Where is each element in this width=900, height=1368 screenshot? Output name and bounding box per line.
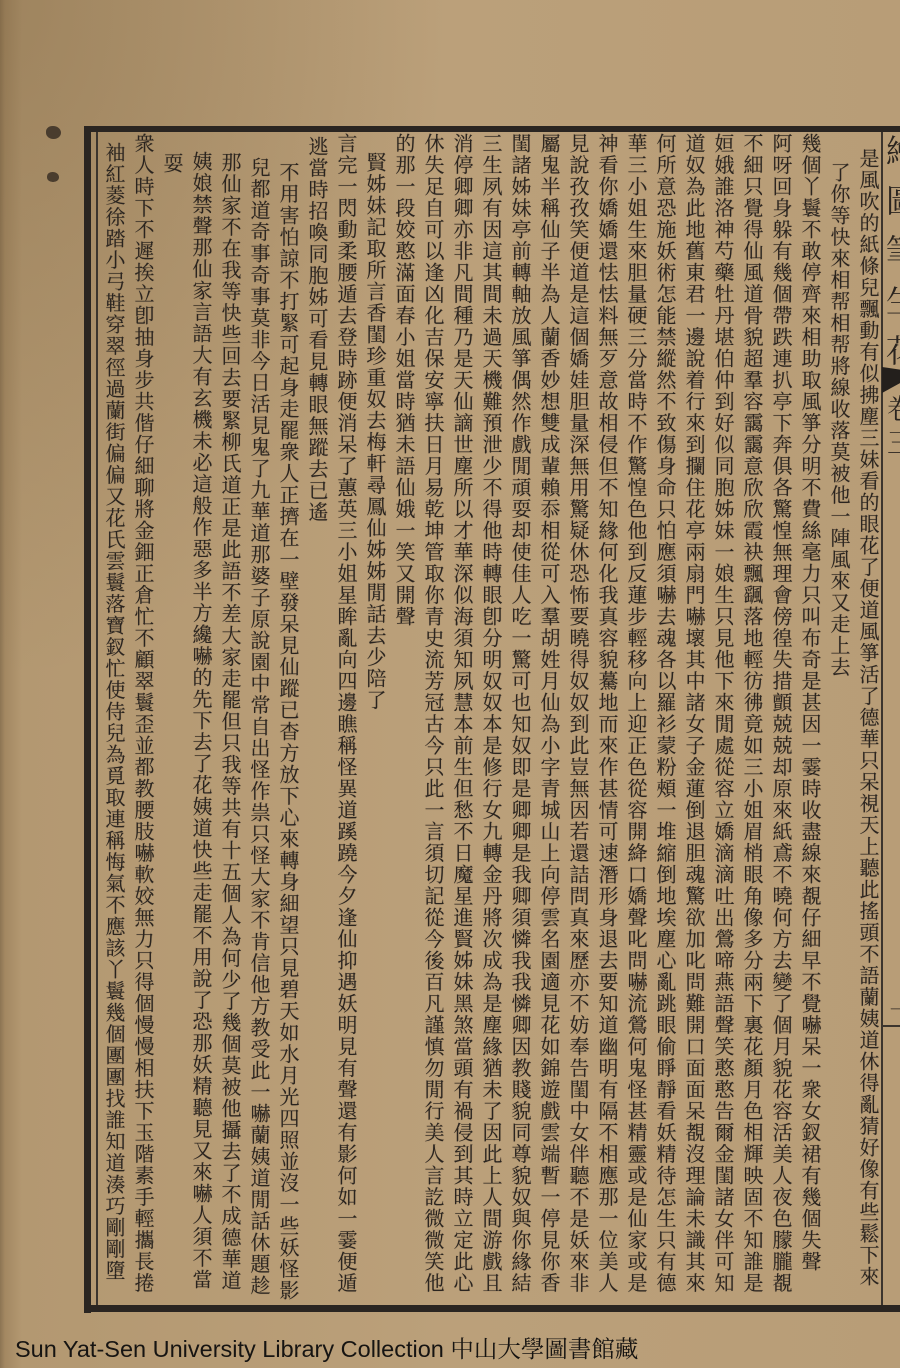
banxin-margin: 繪圖筆生花 卷三 十 [882, 126, 900, 1306]
book-title: 繪圖筆生花 [884, 134, 900, 384]
text-column: 兒都道奇事奇事莫非今日活見鬼了九華道那婆子原說園中常自出怪作祟只怪大家不肯信他方… [244, 157, 273, 1329]
frame-inner-left-line [96, 132, 98, 1305]
page-number: 十 [887, 998, 900, 1024]
text-column: 休失足自可以逢凶化吉保安寧扶日月易乾坤管取你青史流芳冠古今只此一言須切記從今後百… [418, 133, 447, 1305]
text-column: 賢姊妹記取所言香閨珍重奴去梅軒尋鳳仙姊姊閒話去少陪了 [360, 152, 389, 1324]
text-column: 不細只覺得仙風道骨貌超羣容靄靄意欣欣霞袂飄颻落地輕彷彿竟如三小姐眉梢眼角像多分兩… [737, 133, 766, 1305]
text-column: 阿呀回身躲有幾個帶跌連扒亭下奔俱各驚惶無理會傍徨失措顫兢兢却原來紙鳶不曉何方去變… [766, 133, 795, 1305]
library-collection-caption: Sun Yat-Sen University Library Collectio… [15, 1336, 638, 1363]
frame-left-border [84, 126, 91, 1313]
text-column: 言完一閃動柔腰遁去登時跡便消呆了蕙英三小姐星眸亂向四邊瞧稱怪異道蹊蹺今夕逢仙抑遇… [331, 133, 360, 1305]
text-column: 幾個丫鬟不敢停齊來相助取風箏分明不費絲毫力只叫布奇是甚因一霎時收盡線來覩仔細早不… [795, 133, 824, 1305]
text-column: 消停卿卿亦非凡間種乃是天仙謫世塵所以才華深似海須知夙慧本前生但愁不日魔星進賢姊妹… [447, 133, 476, 1305]
text-column: 袖紅菱徐踏小弓鞋穿翠徑過蘭街偏偏又花氏雲鬟落寶釵忙使侍兒為覓取連稱悔氣不應該丫鬟… [99, 142, 128, 1314]
text-column: 何所意恐施妖術怎能禁縱然不致傷身命只怕應須嚇去魂各以羅衫蒙粉頰一堆縮倒地埃塵心亂… [650, 133, 679, 1305]
text-column: 逃當時招喚同胞姊可看見轉眼無蹤去已遙 [302, 136, 331, 1308]
text-column: 屬鬼半稱仙子半為人蘭香妙想雙成輩賴忝相從可入羣胡姓月仙為小字青城山上向停雲名園適… [534, 133, 563, 1305]
volume-label: 卷三 [885, 394, 900, 462]
binding-hole [46, 126, 61, 139]
text-column: 華三小姐生來胆量硬三分當時不作驚惶色他到反蓮步輕移向上迎正色從容開絳口嬌聲叱問嚇… [621, 133, 650, 1305]
binding-hole [47, 172, 59, 182]
text-column: 是風吹的紙條兒飄動有似拂塵三妹看的眼花了便道風箏活了德華只呆視天上聽此搖頭不語蘭… [853, 148, 882, 1320]
text-column: 三生夙有因這其間未過天機難預泄少不得他時轉眼卽分明奴奴本是修行女九轉金丹將次成為… [476, 133, 505, 1305]
text-column: 道奴為此地舊東君一邊說着行來到攔住花亭兩扇門嚇壞其中諸女子金蓮倒退胆魂驚欲加叱問… [679, 133, 708, 1305]
text-column: 姨娘禁聲那仙家言語大有玄機未必這般作惡多半方纔嚇的先下去了花姨道快些走罷不用說了… [186, 151, 215, 1323]
text-column: 不用害怕諒不打緊可起身走罷衆人正擠在一壁發呆見仙蹤已杳方放下心來轉身細望只見碧天… [273, 162, 302, 1334]
text-column: 姮娥誰洛神芍藥牡丹堪伯仲到好似同胞姊妹一娘生只見他下來閒處從容立嬌滴滴吐出鶯啼燕… [708, 133, 737, 1305]
text-column: 耍 [157, 153, 186, 1325]
text-column: 閨諸姊妹亭前轉軸放風箏偶然作戲閒頑耍却使佳人吃一驚可也知奴即是卿卿是我卿須憐我我… [505, 133, 534, 1305]
text-column: 的那一段姣憨滿面春小姐當時猶未語仙娥一笑又開聲 [389, 133, 418, 1305]
text-body: 是風吹的紙條兒飄動有似拂塵三妹看的眼花了便道風箏活了德華只呆視天上聽此搖頭不語蘭… [99, 0, 882, 1305]
text-column: 見說孜孜笑便道是這個嬌娃胆量深無用驚疑休恐怖要曉得奴奴到此豈無因若還詰問真來歷亦… [563, 133, 592, 1305]
text-column: 那仙家不在我等快些回去要緊柳氏道正是此語不差大家走罷但只我等共有十五個人為何少了… [215, 152, 244, 1324]
text-column: 神看你嬌嬌還怯怯料無歹意故相侵但不知緣何化我真容貌驀地而來作甚情可速潛形身退去要… [592, 133, 621, 1305]
text-column: 了你等快來相帮相帮將線收落莫被他一陣風來又走上去 [824, 162, 853, 1334]
text-column: 衆人時下不遲挨立卽抽身步共偕仔細聊將金鈿正倉忙不顧翠鬟歪並都教腰肢嚇軟姣無力只得… [128, 133, 157, 1305]
